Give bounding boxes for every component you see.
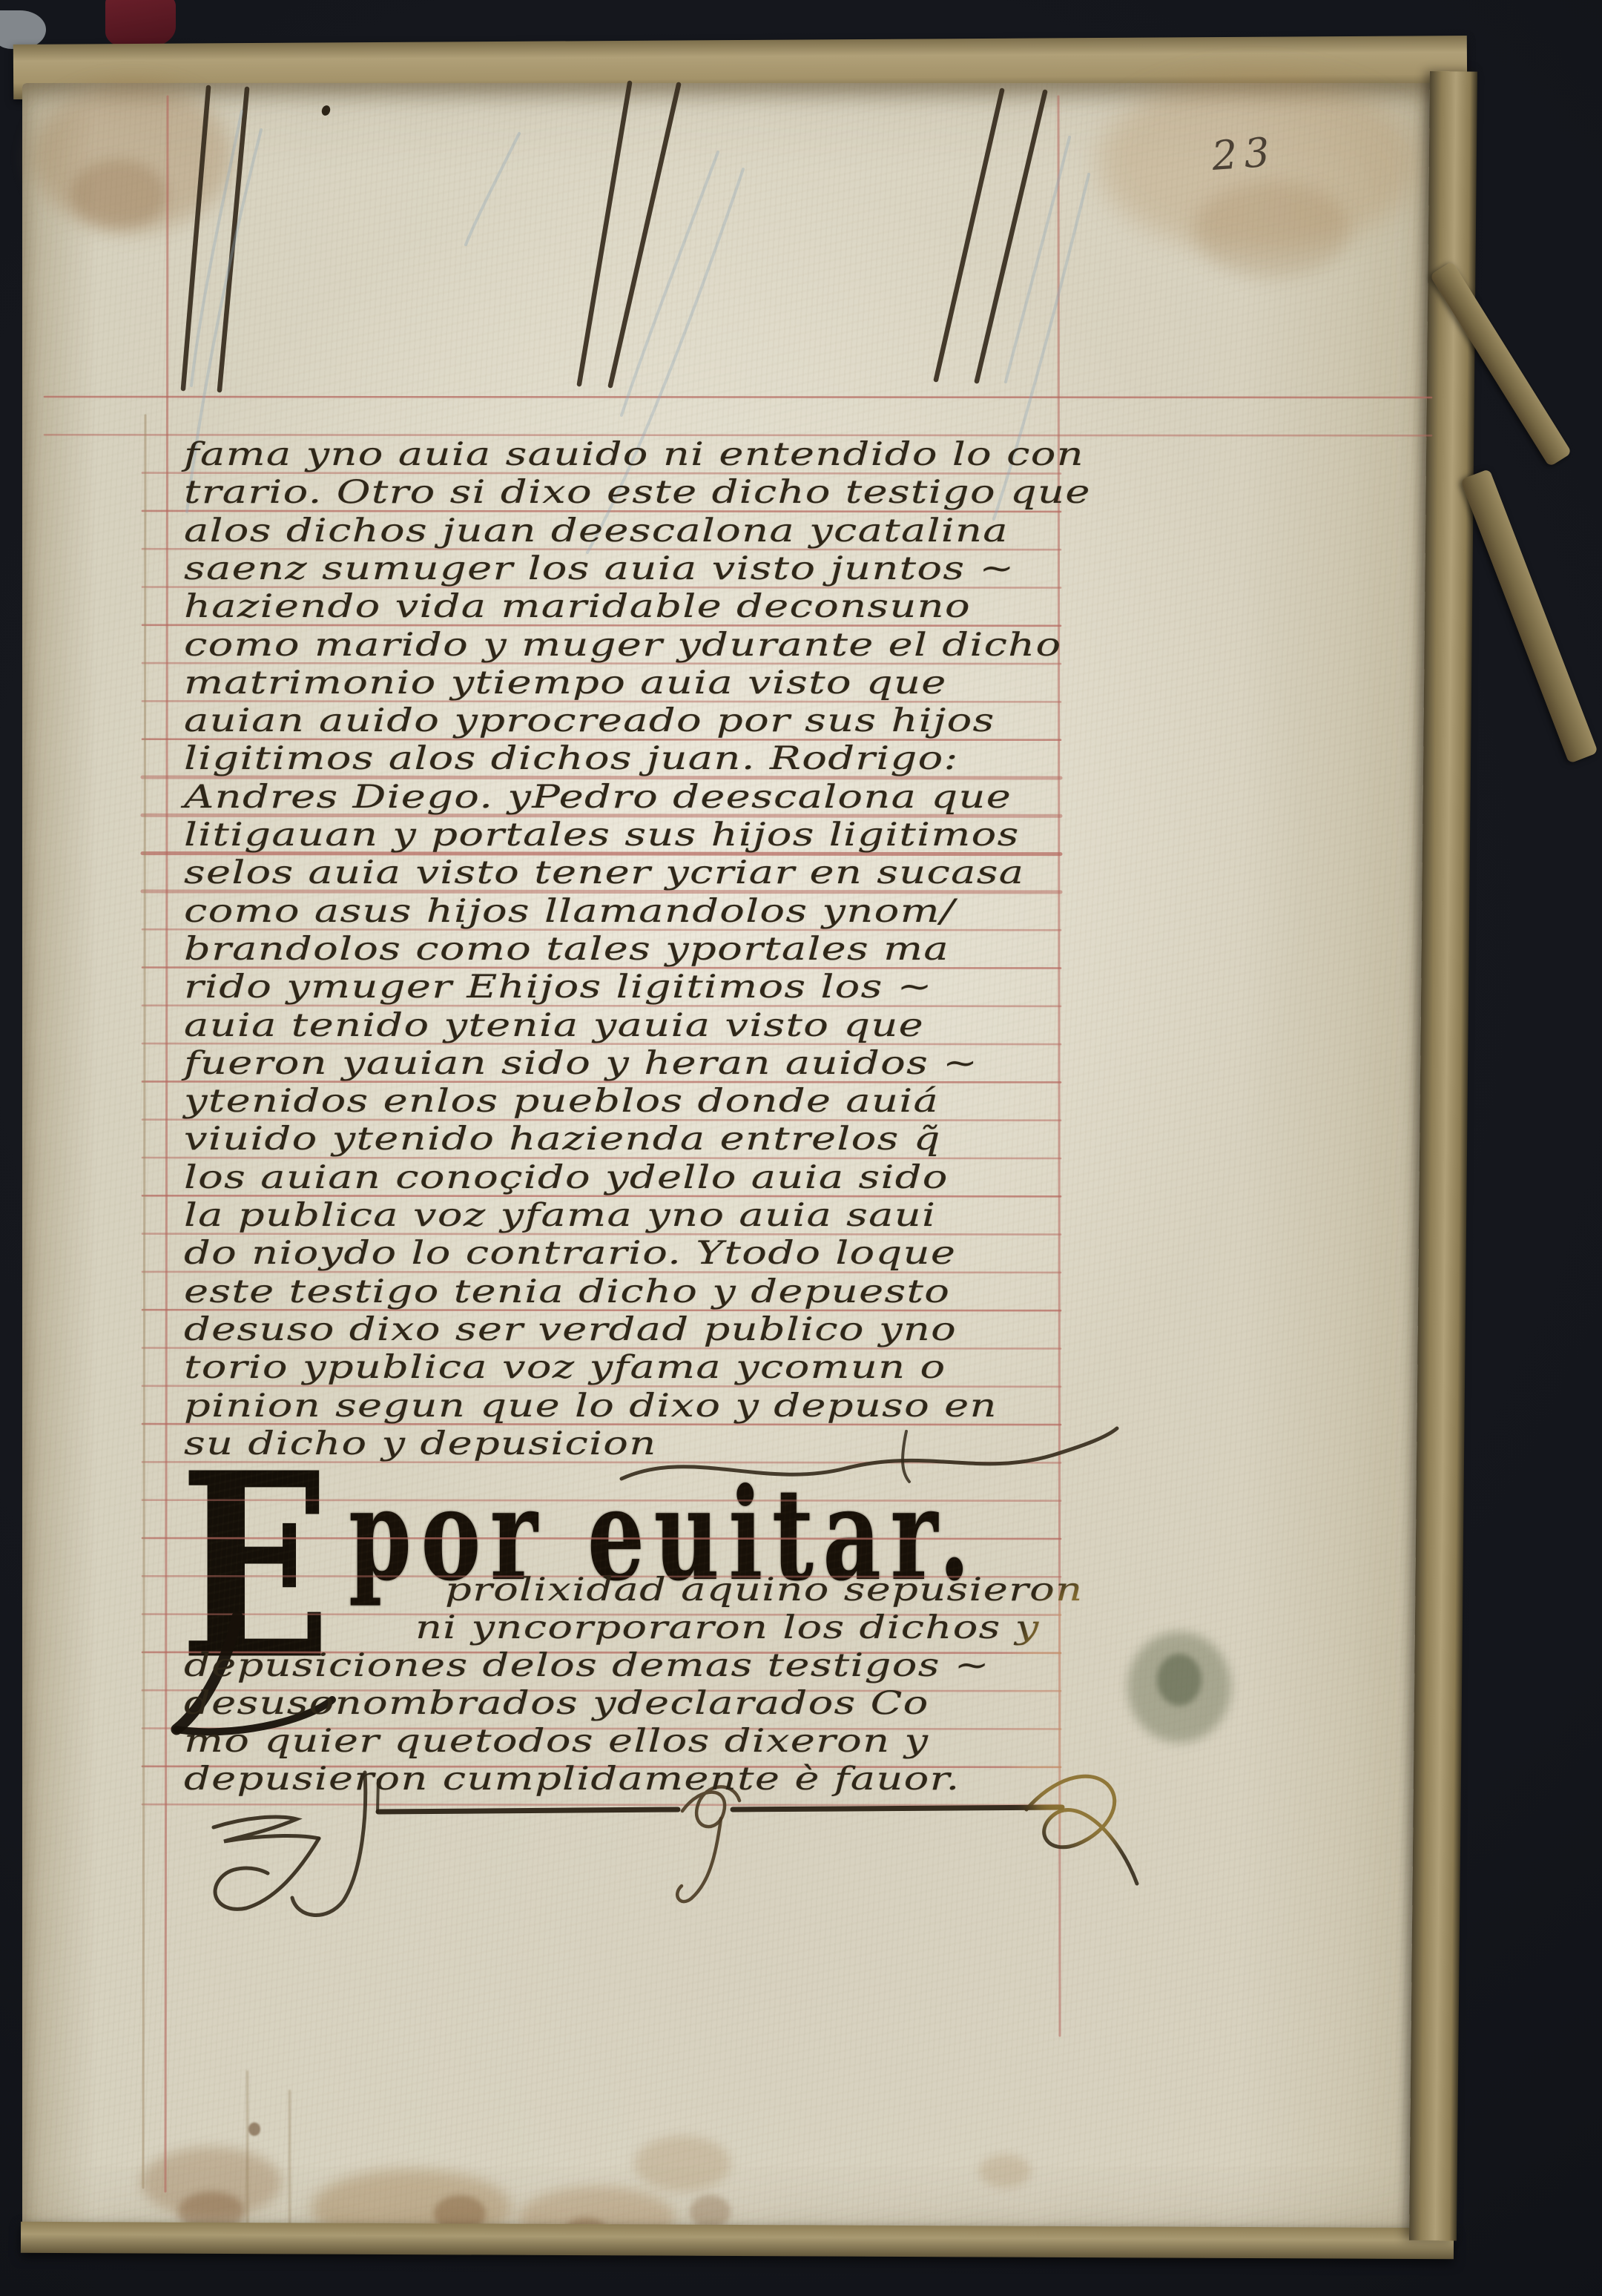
manuscript-line: auian auido yprocreado por sus hijos: [184, 703, 995, 739]
manuscript-line: saenz sumuger los auia visto juntos ~: [184, 551, 1015, 587]
closing-rule: [733, 1807, 1062, 1810]
scribal-paraph: [215, 1838, 319, 1909]
closing-rule: [378, 1810, 678, 1812]
double-slash-cancellation-mark: [220, 89, 247, 390]
manuscript-line: mo quier quetodos ellos dixeron y: [184, 1723, 929, 1759]
double-slash-cancellation-mark: [936, 90, 1002, 380]
manuscript-line: su dicho y depusicion: [184, 1426, 657, 1462]
manuscript-line: fueron yauian sido y heran auidos ~: [184, 1046, 978, 1081]
manuscript-line: alos dichos juan deescalona ycatalina: [184, 513, 1009, 549]
manuscript-line: desusonombrados ydeclarados Co: [184, 1686, 929, 1721]
manuscript-line: rido ymuger Ehijos ligitimos los ~: [184, 969, 933, 1005]
manuscript-line: brandolos como tales yportales ma: [184, 931, 949, 967]
manuscript-line: matrimonio ytiempo auia visto que: [184, 665, 947, 701]
margin-rule-faint: [143, 415, 145, 2188]
manuscript-line: los auian conoçido ydello auia sido: [184, 1160, 949, 1195]
manuscript-line: depusieron cumplidamente è fauor.: [184, 1761, 960, 1797]
manuscript-line: viuido ytenido hazienda entrelos q̃: [184, 1121, 941, 1157]
double-slash-cancellation-mark: [977, 92, 1045, 381]
red-ruling-line: [44, 397, 1431, 397]
manuscript-line: do nioydo lo contrario. Ytodo loque: [184, 1236, 956, 1271]
manuscript-line: Andres Diego. yPedro deescalona que: [184, 779, 1012, 815]
red-ruling-line: [142, 1500, 1061, 1501]
blue-offset-hairline: [466, 133, 519, 245]
manuscript-line: fama yno auia sauido ni entendido lo con: [184, 437, 1084, 472]
manuscript-line: como asus hijos llamandolos ynom/: [184, 894, 955, 929]
margin-rule-red-right: [1058, 96, 1060, 2036]
red-ruling-line: [142, 1804, 1061, 1805]
manuscript-photo: 23 fama yno auia sauido ni entendido lo …: [0, 0, 1602, 2296]
scribal-paraph: [214, 1817, 319, 1841]
manuscript-line: trario. Otro si dixo este dicho testigo …: [184, 475, 1091, 510]
line-end-swash: [903, 1431, 909, 1482]
manuscript-line: ligitimos alos dichos juan. Rodrigo:: [184, 741, 959, 776]
manuscript-line: haziendo vida maridable deconsuno: [184, 589, 971, 624]
manuscript-line: torio ypublica voz yfama ycomun o: [184, 1350, 946, 1385]
margin-rule-red-left: [165, 96, 168, 2191]
manuscript-line: depusiciones delos demas testigos ~: [184, 1648, 990, 1683]
manuscript-line: ni yncorporaron los dichos y: [415, 1610, 1040, 1646]
manuscript-line: la publica voz yfama yno auia saui: [184, 1198, 936, 1233]
manuscript-line: selos auia visto tener ycriar en sucasa: [184, 855, 1024, 891]
manuscript-line: como marido y muger ydurante el dicho: [184, 627, 1061, 663]
manuscript-line: este testigo tenia dicho y depuesto: [184, 1274, 950, 1310]
knot-flourish: [677, 1818, 721, 1901]
manuscript-line: auia tenido ytenia yauia visto que: [184, 1008, 924, 1043]
manuscript-line: desuso dixo ser verdad publico yno: [184, 1312, 957, 1347]
loop-flourish: [1026, 1776, 1137, 1884]
manuscript-line: prolixidad aquino sepusieron: [445, 1572, 1083, 1608]
manuscript-line: ytenidos enlos pueblos donde auiá: [184, 1083, 939, 1119]
red-ruling-line: [142, 1538, 1061, 1539]
line-end-swash: [622, 1428, 1117, 1479]
manuscript-line: pinion segun que lo dixo y depuso en: [184, 1388, 998, 1424]
blue-offset-hairline: [1006, 137, 1069, 382]
manuscript-line: litigauan y portales sus hijos ligitimos: [184, 817, 1020, 853]
